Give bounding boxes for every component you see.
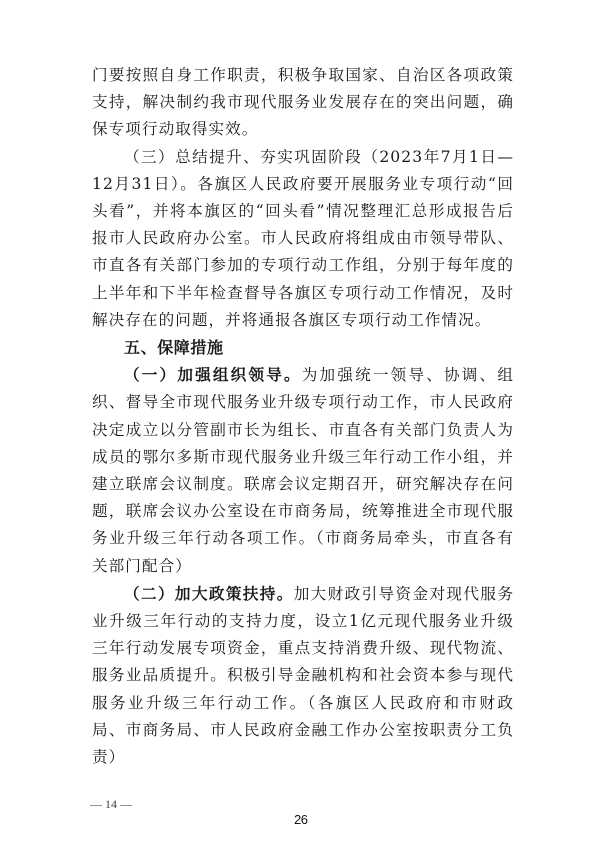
phase-three-text: （2023年7月1日—12月31日）。各旗区人民政府要开展服务业专项行动“回头看… bbox=[92, 148, 514, 329]
measure-organization-leadership: （一）加强组织领导。为加强统一领导、协调、组织、督导全市现代服务业升级专项行动工… bbox=[92, 361, 514, 580]
paragraph-text: 门要按照自身工作职责，积极争取国家、自治区各项政策支持，解决制约我市现代服务业发… bbox=[92, 66, 514, 138]
measure-policy-support: （二）加大政策扶持。加大财政引导资金对现代服务业升级三年行动的支持力度，设立1亿… bbox=[92, 580, 514, 771]
measure-text: 加大财政引导资金对现代服务业升级三年行动的支持力度，设立1亿元现代服务业升级三年… bbox=[92, 585, 514, 766]
phase-three-title: （三）总结提升、夯实巩固阶段 bbox=[124, 148, 362, 166]
measure-title: （二）加大政策扶持。 bbox=[124, 584, 294, 603]
paragraph-phase-three: （三）总结提升、夯实巩固阶段（2023年7月1日—12月31日）。各旗区人民政府… bbox=[92, 144, 514, 334]
measure-title: （一）加强组织领导。 bbox=[124, 365, 302, 384]
scan-page-number: 26 bbox=[294, 812, 307, 827]
section-heading: 五、保障措施 bbox=[92, 334, 514, 361]
paragraph-continuation: 门要按照自身工作职责，积极争取国家、自治区各项政策支持，解决制约我市现代服务业发… bbox=[92, 62, 514, 144]
measure-text: 为加强统一领导、协调、组织、督导全市现代服务业升级专项行动工作，市人民政府决定成… bbox=[92, 366, 514, 574]
page-number-footer: — 14 — bbox=[90, 797, 132, 812]
document-body: 门要按照自身工作职责，积极争取国家、自治区各项政策支持，解决制约我市现代服务业发… bbox=[92, 62, 514, 771]
